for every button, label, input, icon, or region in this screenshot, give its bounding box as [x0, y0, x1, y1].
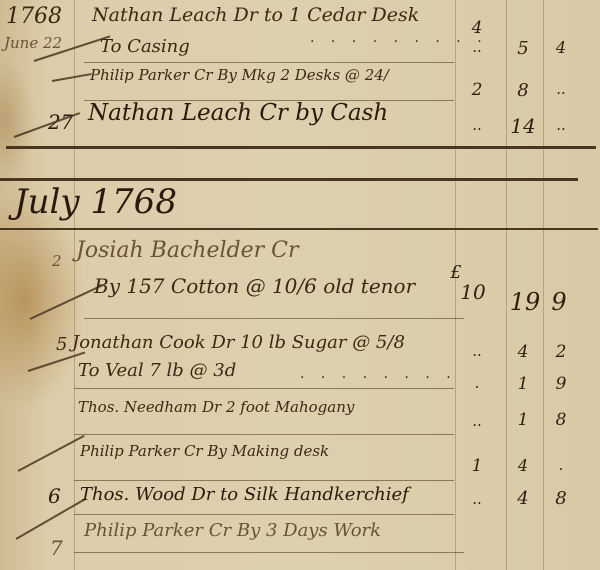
entry-text: Nathan Leach Cr by Cash — [88, 100, 388, 126]
pence-value: 9 — [546, 288, 572, 316]
pence-value: 2 — [548, 342, 574, 362]
entry-text: Josiah Bachelder Cr — [76, 238, 298, 263]
pounds-value: .. — [462, 38, 492, 56]
shillings-value: 14 — [506, 114, 540, 138]
margin-rule — [74, 0, 75, 570]
entry-text: Philip Parker Cr By Making desk — [80, 442, 329, 460]
shillings-value: 4 — [510, 456, 536, 475]
entry-text: Nathan Leach Dr to 1 Cedar Desk — [92, 4, 419, 26]
june-date-label: June 22 — [4, 34, 62, 52]
entry-rule — [84, 318, 464, 319]
entry-text: Jonathan Cook Dr 10 lb Sugar @ 5/8 — [72, 332, 405, 353]
entry-text: By 157 Cotton @ 10/6 old tenor — [94, 274, 415, 298]
pence-value: .. — [548, 80, 574, 98]
year-header: 1768 — [6, 4, 62, 29]
posting-mark — [30, 284, 103, 320]
entry-date: 5 — [56, 334, 67, 355]
entry-rule — [74, 434, 454, 435]
pounds-value: .. — [462, 412, 492, 430]
month-heading: July 1768 — [14, 182, 177, 222]
pence-value: . — [548, 456, 574, 474]
entry-rule — [74, 388, 454, 389]
pence-value: 8 — [548, 488, 574, 509]
shillings-value: 1 — [510, 374, 536, 394]
entry-date: 2 — [52, 252, 62, 270]
entry-text: Philip Parker Cr By 3 Days Work — [84, 520, 381, 541]
pounds-value: .. — [462, 342, 492, 360]
pence-value: 4 — [548, 38, 574, 57]
entry-text: Thos. Needham Dr 2 foot Mahogany — [78, 398, 354, 416]
pounds-value: . — [462, 374, 492, 392]
entry-rule — [74, 480, 454, 481]
pence-value: .. — [548, 116, 574, 134]
pounds-value: .. — [462, 490, 492, 508]
pounds-value: 10 — [458, 280, 488, 304]
entry-rule — [74, 514, 454, 515]
pence-value: 9 — [548, 374, 574, 394]
entry-date: 6 — [48, 484, 61, 508]
entry-text: To Casing — [100, 36, 190, 57]
shillings-value: 5 — [510, 38, 536, 59]
entry-text: To Veal 7 lb @ 3d — [78, 360, 236, 381]
leader-dots: · · · · · · · · · — [310, 34, 488, 50]
ledger-page: 1768 June 22 Nathan Leach Dr to 1 Cedar … — [0, 0, 600, 570]
shillings-value: 8 — [510, 80, 536, 101]
pence-column-rule — [543, 0, 544, 570]
entry-rule — [84, 62, 454, 63]
pounds-value: .. — [462, 116, 492, 134]
pounds-value: 1 — [462, 456, 492, 476]
section-close-rule — [6, 146, 596, 149]
pounds-value: 2 — [462, 80, 492, 100]
entry-date: 7 — [50, 536, 63, 560]
section-rule — [0, 178, 578, 181]
posting-mark — [52, 73, 92, 82]
leader-dots: · · · · · · · · — [300, 370, 457, 386]
shillings-value: 4 — [510, 488, 536, 509]
pounds-column-rule — [455, 0, 456, 570]
shillings-column-rule — [506, 0, 507, 570]
shillings-value: 4 — [510, 342, 536, 362]
entry-text: Philip Parker Cr By Mkg 2 Desks @ 24/ — [90, 66, 389, 84]
entry-rule — [74, 552, 464, 553]
shillings-value: 1 — [510, 410, 536, 430]
shillings-value: 19 — [508, 288, 542, 316]
heading-rule — [0, 228, 598, 230]
pence-value: 8 — [548, 410, 574, 430]
entry-text: Thos. Wood Dr to Silk Handkerchief — [80, 484, 409, 505]
